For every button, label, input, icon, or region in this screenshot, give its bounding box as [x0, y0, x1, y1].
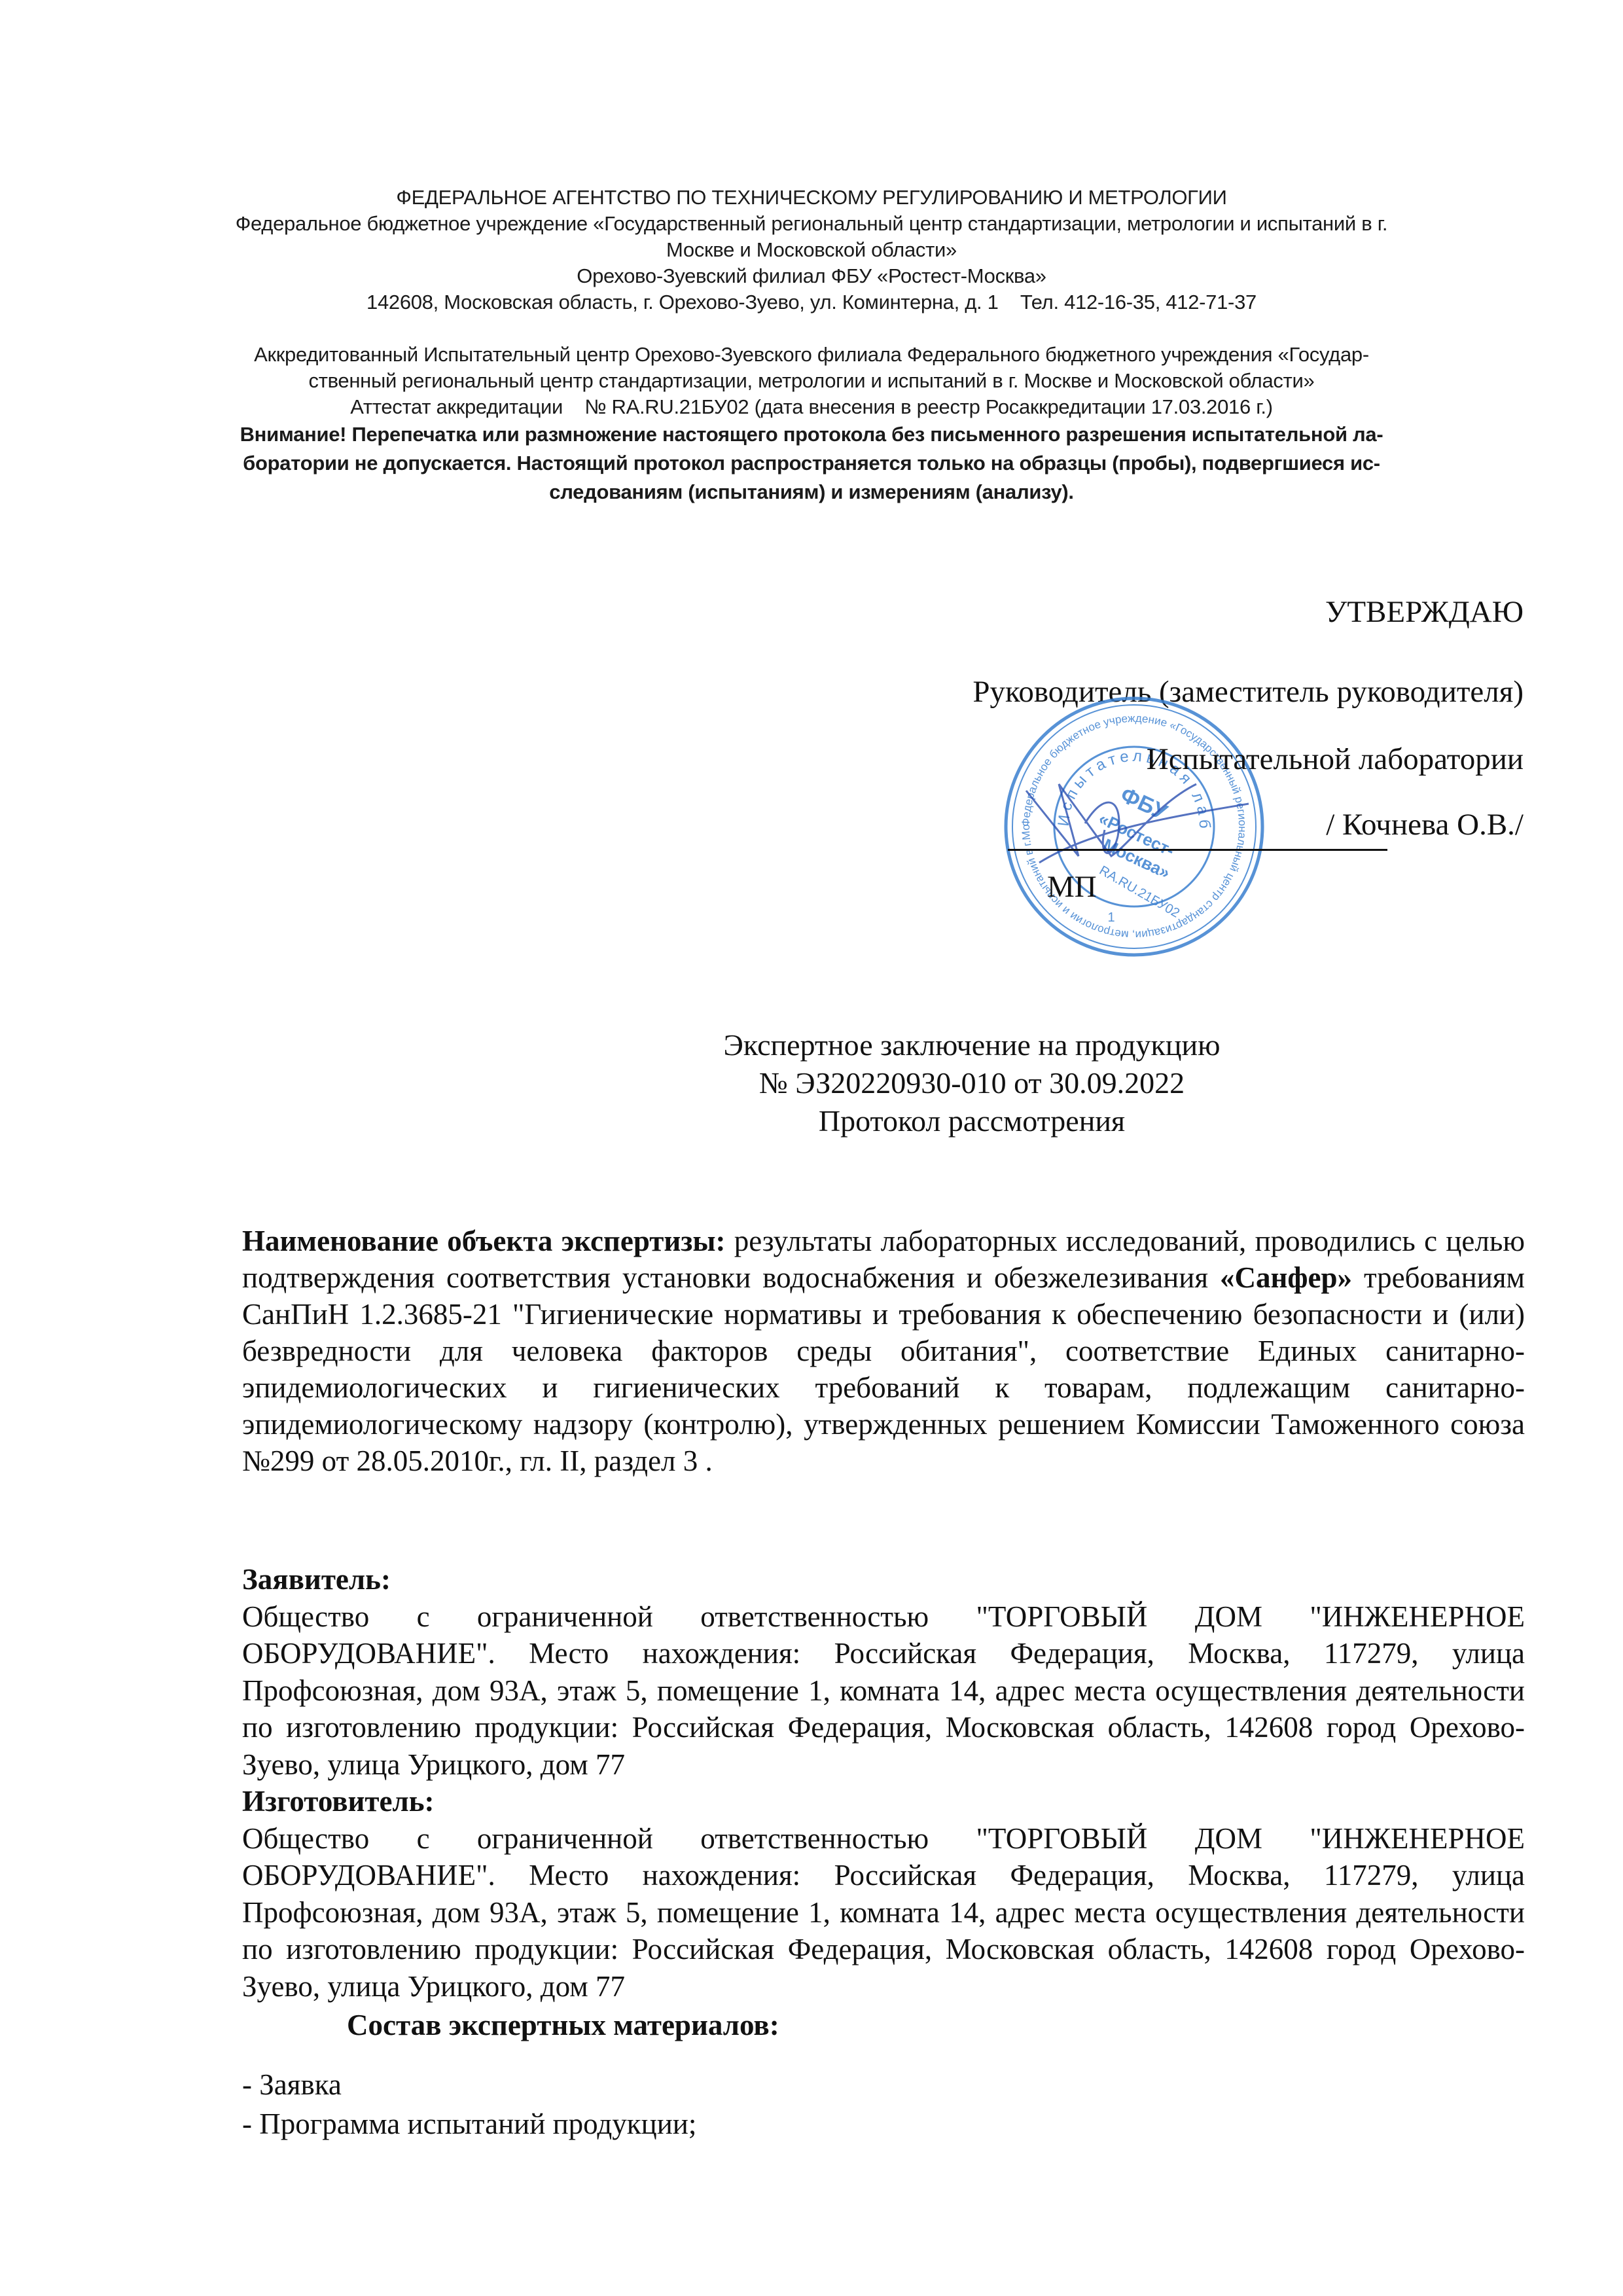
materials-list: - Заявка - Программа испытаний продукции… [242, 2065, 696, 2144]
accredited-center-line2: ственный региональный центр стандартизац… [0, 368, 1623, 394]
manufacturer-label: Изготовитель: [242, 1783, 1525, 1820]
document-subtitle: Протокол рассмотрения [160, 1102, 1623, 1140]
warning-line1: Внимание! Перепечатка или размножение на… [0, 420, 1623, 449]
expertise-object-paragraph: Наименование объекта экспертизы: результ… [242, 1223, 1525, 1479]
materials-title: Состав экспертных материалов: [347, 2008, 779, 2042]
expertise-object-label: Наименование объекта экспертизы: [242, 1225, 726, 1257]
branch-name: Орехово-Зуевский филиал ФБУ «Ростест-Мос… [0, 263, 1623, 289]
applicant-label: Заявитель: [242, 1561, 1525, 1598]
letterhead: ФЕДЕРАЛЬНОЕ АГЕНТСТВО ПО ТЕХНИЧЕСКОМУ РЕ… [0, 185, 1623, 315]
warning-line2: боратории не допускается. Настоящий прот… [0, 449, 1623, 478]
manufacturer-text: Общество с ограниченной ответственностью… [242, 1820, 1525, 2005]
address: 142608, Московская область, г. Орехово-З… [366, 291, 999, 314]
attestat-value: № RA.RU.21БУ02 (дата внесения в реестр Р… [584, 395, 1273, 418]
materials-item: - Заявка [242, 2065, 696, 2104]
document-title-block: Экспертное заключение на продукцию № ЭЗ2… [160, 1026, 1623, 1140]
agency-name: ФЕДЕРАЛЬНОЕ АГЕНТСТВО ПО ТЕХНИЧЕСКОМУ РЕ… [0, 185, 1623, 211]
product-name: «Санфер» [1220, 1261, 1352, 1294]
warning-line3: следованиям (испытаниям) и измерениям (а… [0, 478, 1623, 507]
accredited-center-line1: Аккредитованный Испытательный центр Орех… [0, 342, 1623, 368]
seal-mark: МП [1047, 867, 1097, 906]
accreditation-block: Аккредитованный Испытательный центр Орех… [0, 342, 1623, 507]
phones: Тел. 412-16-35, 412-71-37 [1020, 291, 1257, 314]
approver-position-line2: Испытательной лаборатории [1147, 740, 1524, 779]
document-number: № ЭЗ20220930-010 от 30.09.2022 [160, 1064, 1623, 1102]
signatory-name: / Кочнева О.В./ [1326, 805, 1524, 844]
signature-line [1008, 849, 1387, 851]
address-line: 142608, Московская область, г. Орехово-З… [0, 289, 1623, 315]
attestat-line: Аттестат аккредитации № RA.RU.21БУ02 (да… [0, 394, 1623, 420]
attestat-label: Аттестат аккредитации [350, 395, 563, 418]
stamp-number: 1 [1107, 910, 1115, 925]
institution-name-line2: Москве и Московской области» [0, 237, 1623, 263]
applicant-section: Заявитель: Общество с ограниченной ответ… [242, 1561, 1525, 2005]
approval-heading: УТВЕРЖДАЮ [1325, 592, 1524, 632]
applicant-text: Общество с ограниченной ответственностью… [242, 1598, 1525, 1784]
institution-name-line1: Федеральное бюджетное учреждение «Госуда… [0, 211, 1623, 237]
official-seal-stamp: Федеральное бюджетное учреждение «Госуда… [1000, 692, 1268, 961]
materials-item: - Программа испытаний продукции; [242, 2104, 696, 2144]
document-title: Экспертное заключение на продукцию [160, 1026, 1623, 1064]
